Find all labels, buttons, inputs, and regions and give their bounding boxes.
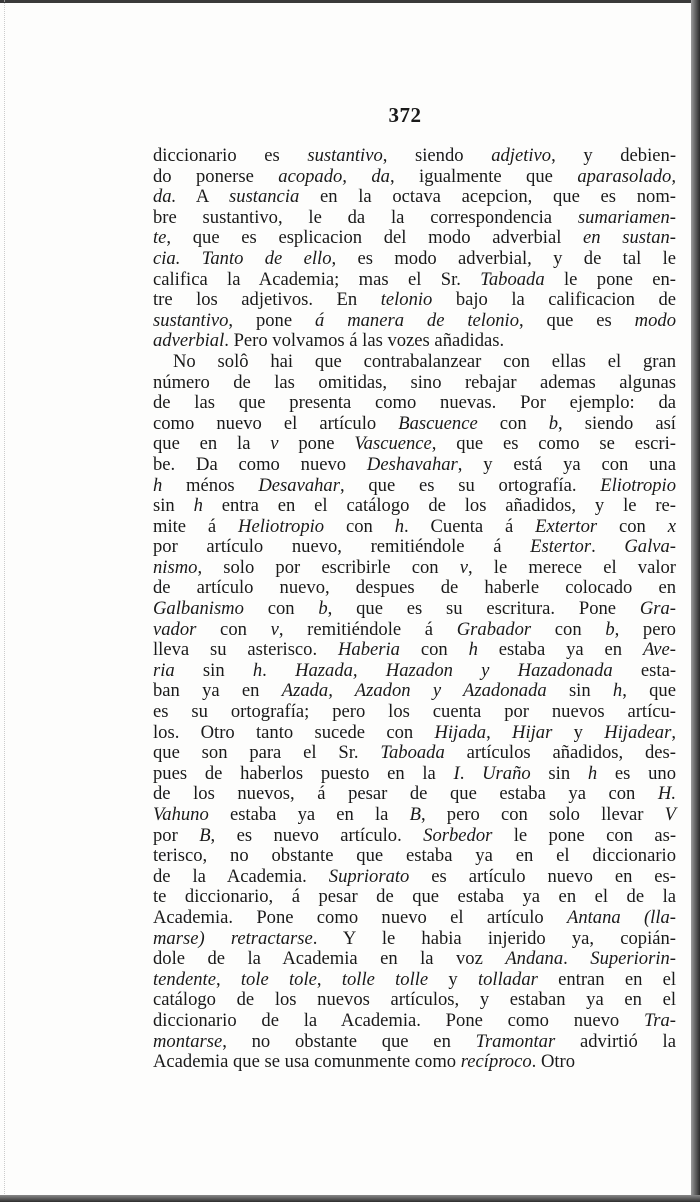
text-run: te diccionario, á pesar de que estaba ya… (153, 886, 676, 907)
italic-term: Uraño (482, 763, 531, 784)
text-run: Academia que se usa comunmente como (153, 1051, 461, 1072)
text-run: , pero con solo llevar (421, 804, 665, 825)
italic-term: modo (635, 310, 676, 331)
text-run: dole de la Academia en la voz (153, 948, 505, 969)
italic-term: nismo (153, 557, 197, 578)
text-run: artículos añadidos, des- (445, 742, 676, 763)
text-line: Vahuno estaba ya en la B, pero con solo … (153, 805, 676, 826)
text-run: . Pero volvamos á las vozes añadidas. (224, 330, 504, 351)
italic-term: cia. (153, 248, 180, 269)
italic-term: ria (153, 660, 175, 681)
text-run: que son para el Sr. (153, 742, 380, 763)
italic-term: en sustan- (583, 227, 676, 248)
text-run: le pone con as- (492, 825, 676, 846)
text-run: estaba ya en la (209, 804, 410, 825)
text-run: . (460, 763, 482, 784)
text-run: , pero (615, 619, 676, 640)
text-run: advirtió la (555, 1031, 676, 1052)
text-run: , (216, 969, 241, 990)
text-line: terisco, no obstante que estaba ya en el… (153, 846, 676, 867)
text-line: sin h entra en el catálogo de los añadid… (153, 496, 676, 517)
text-line: diccionario es sustantivo, siendo adjeti… (153, 146, 676, 167)
italic-term: Galva- (624, 536, 676, 557)
text-run: que en la (153, 433, 270, 454)
italic-term: telonio (381, 289, 433, 310)
italic-term: Gra- (640, 598, 676, 619)
italic-term: Extertor (535, 516, 597, 537)
text-run: , solo por escribirle con (197, 557, 459, 578)
text-run: , remitiéndole á (279, 619, 457, 640)
italic-term: Grabador (457, 619, 531, 640)
text-run: entra en el catálogo de los añadidos, y … (203, 495, 676, 516)
text-run: por (153, 825, 199, 846)
text-line: como nuevo el artículo Bascuence con b, … (153, 414, 676, 435)
text-line: número de las omitidas, sino rebajar ade… (153, 373, 676, 394)
text-run: , (671, 722, 676, 743)
italic-term: v (271, 619, 279, 640)
text-line: que en la v pone Vascuence, que es como … (153, 434, 676, 455)
text-run: . Y le habia injerido ya, copián- (313, 928, 676, 949)
text-run: sin (153, 495, 194, 516)
text-run: , pone (228, 310, 315, 331)
text-line: lleva su asterisco. Haberia con h estaba… (153, 640, 676, 661)
text-line: marse) retractarse. Y le habia injerido … (153, 929, 676, 950)
text-line: tre los adjetivos. En telonio bajo la ca… (153, 290, 676, 311)
italic-term: b (549, 413, 558, 434)
text-run: . (563, 948, 590, 969)
italic-term: Azada, Azadon y Azadonada (282, 680, 547, 701)
text-run: esta- (613, 660, 676, 681)
text-run: , que es su escritura. Pone (328, 598, 640, 619)
text-line: de la Academia. Supriorato es artículo n… (153, 867, 676, 888)
italic-term: h (395, 516, 404, 537)
text-run: , igualmente que (390, 166, 577, 187)
italic-term: Sorbedor (423, 825, 492, 846)
italic-term: á manera de telonio (315, 310, 519, 331)
italic-term: sumariamen- (578, 207, 676, 228)
text-run: A (176, 186, 229, 207)
text-line: cia. Tanto de ello, es modo adverbial, y… (153, 249, 676, 270)
text-line: do ponerse acopado, da, igualmente que a… (153, 167, 676, 188)
text-run: de los nuevos, á pesar de que estaba ya … (153, 783, 658, 804)
text-line: te diccionario, á pesar de que estaba ya… (153, 887, 676, 908)
italic-term: Heliotropio (238, 516, 324, 537)
text-run: sin (547, 680, 613, 701)
text-run: , no obstante que en (222, 1031, 475, 1052)
italic-term: v (460, 557, 468, 578)
text-run: es uno (597, 763, 676, 784)
text-run: diccionario de la Academia. Pone como nu… (153, 1010, 644, 1031)
italic-term: Tramontar (476, 1031, 556, 1052)
text-run: , que es su ortografía. (340, 475, 600, 496)
text-line: adverbial. Pero volvamos á las vozes aña… (153, 331, 676, 352)
scanned-book-page: 372 diccionario es sustantivo, siendo ad… (0, 0, 700, 1202)
text-run: . (262, 660, 295, 681)
text-run: con (478, 413, 549, 434)
scan-edge-bottom (0, 1195, 700, 1202)
italic-term: Vascuence (354, 433, 431, 454)
text-line: te, que es esplicacion del modo adverbia… (153, 228, 676, 249)
italic-term: tolladar (478, 969, 538, 990)
text-line: Academia. Pone como nuevo el artículo An… (153, 908, 676, 929)
text-run: con (531, 619, 605, 640)
italic-term: adjetivo (491, 145, 551, 166)
text-line: be. Da como nuevo Deshavahar, y está ya … (153, 455, 676, 476)
body-text: diccionario es sustantivo, siendo adjeti… (153, 146, 676, 1073)
text-run: bajo la calificacion de (432, 289, 676, 310)
italic-term: x (668, 516, 676, 537)
italic-term: h (153, 475, 162, 496)
italic-term: h (194, 495, 203, 516)
text-line: por B, es nuevo artículo. Sorbedor le po… (153, 826, 676, 847)
italic-term: Vahuno (153, 804, 209, 825)
text-run: . Cuenta á (404, 516, 535, 537)
text-run: ban ya en (153, 680, 282, 701)
text-run: en la octava acepcion, que es nom- (299, 186, 676, 207)
text-run: de la Academia. (153, 866, 329, 887)
italic-term: acopado, da (278, 166, 390, 187)
scan-edge-left (4, 0, 8, 1202)
italic-term: Estertor (530, 536, 591, 557)
text-run: , le merece el valor (468, 557, 676, 578)
italic-term: Deshavahar (367, 454, 458, 475)
italic-term: Hijada (434, 722, 486, 743)
italic-term: montarse (153, 1031, 222, 1052)
text-run: como nuevo el artículo (153, 413, 398, 434)
text-run: es artículo nuevo en es- (409, 866, 676, 887)
italic-term: vador (153, 619, 196, 640)
text-line: de los nuevos, á pesar de que estaba ya … (153, 784, 676, 805)
text-run: por artículo nuevo, remitiéndole á (153, 536, 530, 557)
italic-term: Hazada, Hazadon y Hazadonada (295, 660, 613, 681)
text-line: nismo, solo por escribirle con v, le mer… (153, 558, 676, 579)
text-run: es su ortografía; pero los cuenta por nu… (153, 701, 676, 722)
italic-term: sustantivo (307, 145, 382, 166)
italic-term: Tanto de ello (202, 248, 332, 269)
text-run: , que es (519, 310, 635, 331)
text-line: vador con v, remitiéndole á Grabador con… (153, 620, 676, 641)
italic-term: te (153, 227, 166, 248)
text-line: Academia que se usa comunmente como recí… (153, 1052, 676, 1073)
italic-term: recíproco (461, 1051, 532, 1072)
text-line: ria sin h. Hazada, Hazadon y Hazadonada … (153, 661, 676, 682)
text-run: , siendo así (558, 413, 676, 434)
text-run: . (591, 536, 624, 557)
text-line: Galbanismo con b, que es su escritura. P… (153, 599, 676, 620)
italic-term: aparasolado, (577, 166, 676, 187)
text-run: con (196, 619, 270, 640)
text-run: , es nuevo artículo. (211, 825, 424, 846)
text-line: de las que presenta como nuevas. Por eje… (153, 393, 676, 414)
text-line: sustantivo, pone á manera de telonio, qu… (153, 311, 676, 332)
italic-term: Hijar (512, 722, 552, 743)
text-line: los. Otro tanto sucede con Hijada, Hijar… (153, 723, 676, 744)
text-run: con (400, 639, 469, 660)
italic-term: b (605, 619, 614, 640)
text-line: que son para el Sr. Taboada artículos añ… (153, 743, 676, 764)
scan-edge-top (0, 0, 700, 3)
text-line: catálogo de los nuevos artículos, y esta… (153, 990, 676, 1011)
text-run: bre sustantivo, le da la correspondencia (153, 207, 578, 228)
text-run: No solô hai que contrabalanzear con ella… (173, 351, 676, 372)
text-run: diccionario es (153, 145, 307, 166)
text-run: ménos (162, 475, 258, 496)
text-run: mite á (153, 516, 238, 537)
text-line: montarse, no obstante que en Tramontar a… (153, 1032, 676, 1053)
italic-term: tolle tolle (342, 969, 428, 990)
text-line: h ménos Desavahar, que es su ortografía.… (153, 476, 676, 497)
italic-term: Antana (lla- (567, 907, 676, 928)
text-run: entran en el (538, 969, 676, 990)
text-line: diccionario de la Academia. Pone como nu… (153, 1011, 676, 1032)
text-run: , y debien- (551, 145, 676, 166)
text-run: con (244, 598, 318, 619)
text-line: es su ortografía; pero los cuenta por nu… (153, 702, 676, 723)
italic-term: Desavahar (258, 475, 340, 496)
italic-term: Bascuence (398, 413, 478, 434)
text-run: , (486, 722, 512, 743)
italic-term: Ave- (643, 639, 676, 660)
text-run: Academia. Pone como nuevo el artículo (153, 907, 567, 928)
text-run: , y está ya con una (458, 454, 676, 475)
text-run: lleva su asterisco. (153, 639, 338, 660)
text-run: tre los adjetivos. En (153, 289, 381, 310)
italic-term: h (253, 660, 262, 681)
text-line: de artículo nuevo, despues de haberle co… (153, 578, 676, 599)
italic-term: Eliotropio (600, 475, 676, 496)
text-run: pone (279, 433, 355, 454)
text-run: le pone en- (545, 269, 676, 290)
italic-term: V (665, 804, 676, 825)
italic-term: Galbanismo (153, 598, 244, 619)
italic-term: h (469, 639, 478, 660)
italic-term: B (199, 825, 210, 846)
text-run: y (428, 969, 478, 990)
italic-term: Hijadear (604, 722, 671, 743)
text-run: sin (531, 763, 588, 784)
italic-term: Taboada (380, 742, 444, 763)
text-line: tendente, tole tole, tolle tolle y tolla… (153, 970, 676, 991)
text-run: de las que presenta como nuevas. Por eje… (153, 392, 676, 413)
text-line: por artículo nuevo, remitiéndole á Ester… (153, 537, 676, 558)
text-run: los. Otro tanto sucede con (153, 722, 434, 743)
paragraph: diccionario es sustantivo, siendo adjeti… (153, 146, 676, 352)
text-run: con (324, 516, 395, 537)
page-number: 372 (0, 103, 700, 128)
text-line: pues de haberlos puesto en la I. Uraño s… (153, 764, 676, 785)
italic-term: tole tole (241, 969, 317, 990)
text-run: de artículo nuevo, despues de haberle co… (153, 577, 676, 598)
text-run: estaba ya en (478, 639, 643, 660)
text-run: califica la Academia; mas el Sr. (153, 269, 480, 290)
text-run: pues de haberlos puesto en la (153, 763, 454, 784)
italic-term: v (270, 433, 278, 454)
italic-term: h (588, 763, 597, 784)
text-line: No solô hai que contrabalanzear con ella… (153, 352, 676, 373)
text-run: , que es como se escri- (432, 433, 676, 454)
scan-edge-right (691, 0, 700, 1202)
paragraph: No solô hai que contrabalanzear con ella… (153, 352, 676, 1073)
italic-term: Taboada (480, 269, 544, 290)
text-line: bre sustantivo, le da la correspondencia… (153, 208, 676, 229)
italic-term: Tra- (644, 1010, 676, 1031)
text-line: califica la Academia; mas el Sr. Taboada… (153, 270, 676, 291)
italic-term: H. (658, 783, 676, 804)
text-run: . Otro (532, 1051, 575, 1072)
text-run: , siendo (383, 145, 491, 166)
text-run: be. Da como nuevo (153, 454, 367, 475)
text-run: número de las omitidas, sino rebajar ade… (153, 372, 676, 393)
italic-term: Andana (505, 948, 563, 969)
text-run: , que (622, 680, 676, 701)
italic-term: sustantivo (153, 310, 228, 331)
italic-term: h (613, 680, 622, 701)
text-run: sin (175, 660, 253, 681)
text-line: mite á Heliotropio con h. Cuenta á Exter… (153, 517, 676, 538)
text-run: catálogo de los nuevos artículos, y esta… (153, 989, 676, 1010)
text-line: da. A sustancia en la octava acepcion, q… (153, 187, 676, 208)
text-run: , que es esplicacion del modo adverbial (166, 227, 583, 248)
italic-term: Superiorin- (590, 948, 676, 969)
text-line: ban ya en Azada, Azadon y Azadonada sin … (153, 681, 676, 702)
italic-term: da. (153, 186, 176, 207)
italic-term: sustancia (229, 186, 299, 207)
italic-term: tendente (153, 969, 216, 990)
text-run: con (597, 516, 668, 537)
text-run: do ponerse (153, 166, 278, 187)
text-run: terisco, no obstante que estaba ya en el… (153, 845, 676, 866)
text-run: y (552, 722, 604, 743)
italic-term: adverbial (153, 330, 224, 351)
text-run (180, 248, 201, 269)
italic-term: b (318, 598, 327, 619)
italic-term: Supriorato (329, 866, 410, 887)
italic-term: Haberia (338, 639, 400, 660)
text-run: , (317, 969, 342, 990)
text-run: , es modo adverbial, y de tal le (332, 248, 677, 269)
text-line: dole de la Academia en la voz Andana. Su… (153, 949, 676, 970)
italic-term: B (410, 804, 421, 825)
italic-term: marse) retractarse (153, 928, 313, 949)
